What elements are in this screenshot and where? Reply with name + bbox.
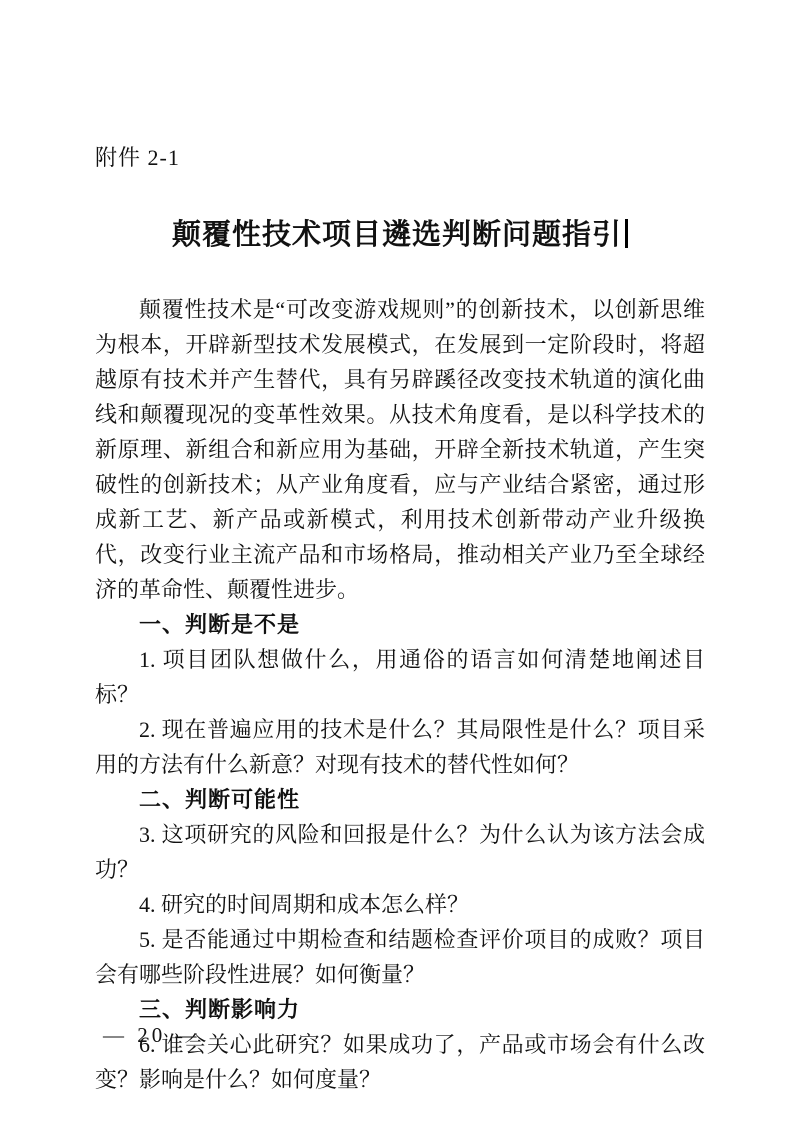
text-cursor — [625, 219, 628, 248]
section-heading-1: 一、判断是不是 — [95, 607, 705, 642]
document-page: 附件 2-1 颠覆性技术项目遴选判断问题指引 颠覆性技术是“可改变游戏规则”的创… — [0, 0, 793, 1122]
question-item-5: 5. 是否能通过中期检查和结题检查评价项目的成败？项目会有哪些阶段性进展？如何衡… — [95, 922, 705, 992]
question-item-4: 4. 研究的时间周期和成本怎么样？ — [95, 887, 705, 922]
section-heading-2: 二、判断可能性 — [95, 782, 705, 817]
page-number: — 20 — — [103, 1022, 201, 1048]
document-body: 颠覆性技术是“可改变游戏规则”的创新技术，以创新思维为根本，开辟新型技术发展模式… — [95, 292, 705, 1097]
intro-paragraph: 颠覆性技术是“可改变游戏规则”的创新技术，以创新思维为根本，开辟新型技术发展模式… — [95, 292, 705, 607]
attachment-label: 附件 2-1 — [95, 145, 705, 171]
page-title: 颠覆性技术项目遴选判断问题指引 — [95, 217, 705, 254]
question-item-3: 3. 这项研究的风险和回报是什么？为什么认为该方法会成功？ — [95, 817, 705, 887]
page-title-text: 颠覆性技术项目遴选判断问题指引 — [172, 219, 622, 251]
question-item-2: 2. 现在普遍应用的技术是什么？其局限性是什么？项目采用的方法有什么新意？对现有… — [95, 712, 705, 782]
question-item-1: 1. 项目团队想做什么，用通俗的语言如何清楚地阐述目标？ — [95, 642, 705, 712]
